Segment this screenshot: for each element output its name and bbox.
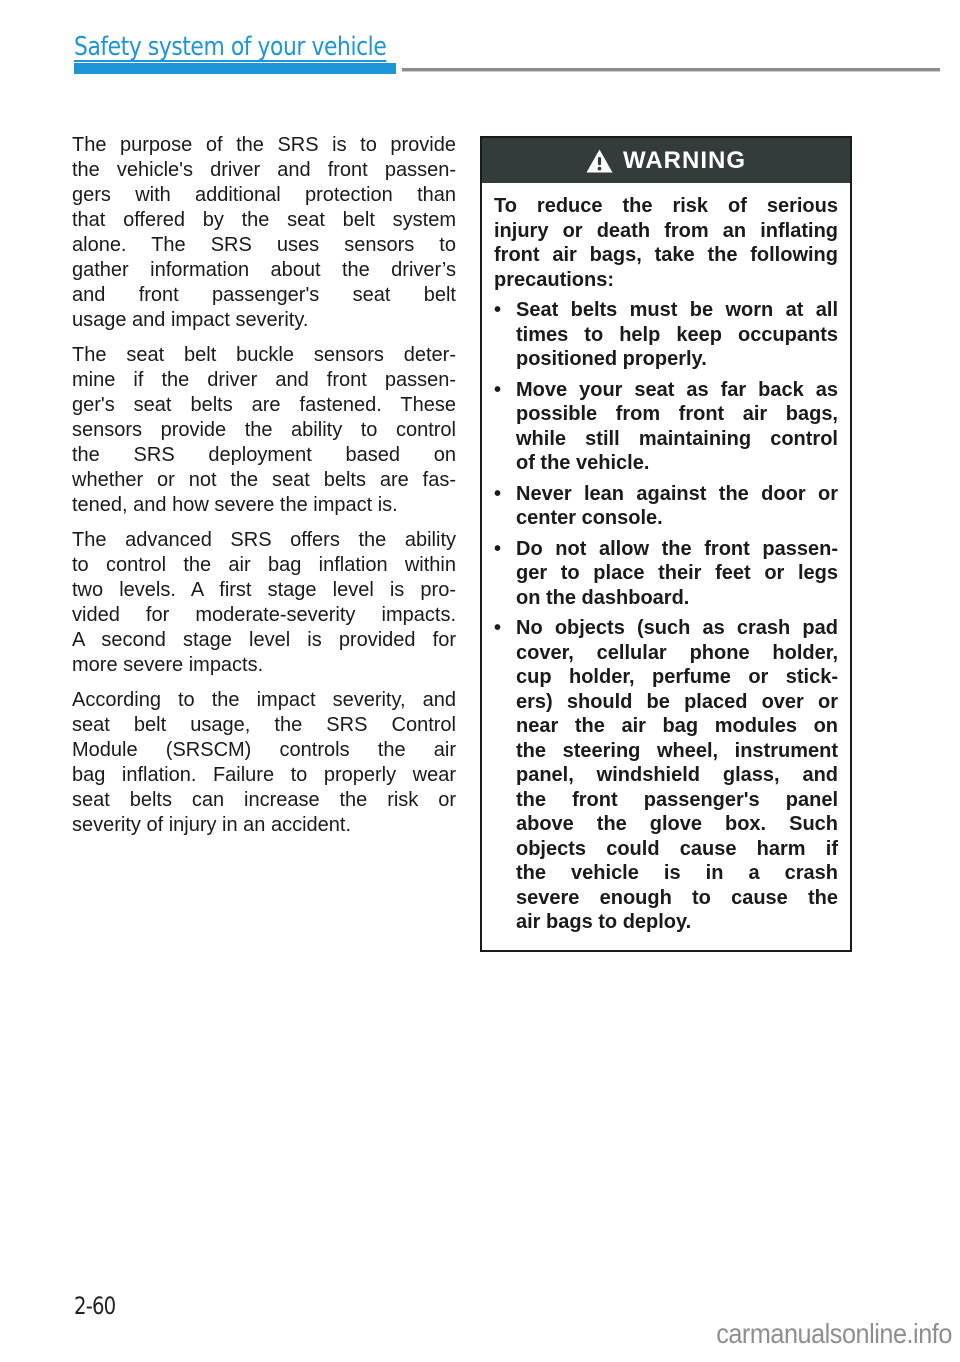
text-line: According to the impact severity, and — [72, 688, 456, 713]
text-line: A second stage level is provided for — [72, 628, 456, 653]
bullet-marker: • — [494, 482, 516, 531]
warning-intro: To reduce the risk of seriousinjury or d… — [494, 194, 838, 292]
warning-bullet-item: •Seat belts must be worn at alltimes to … — [494, 298, 838, 372]
body-paragraph: The advanced SRS offers the abilityto co… — [72, 528, 456, 678]
warning-box: WARNING To reduce the risk of seriousinj… — [480, 136, 852, 952]
text-line: cover, cellular phone holder, — [516, 641, 838, 666]
body-paragraph: The seat belt buckle sensors deter-mine … — [72, 343, 456, 518]
text-line: objects could cause harm if — [516, 837, 838, 862]
header-divider-rule — [402, 68, 940, 72]
warning-bullet-item: •Do not allow the front passen-ger to pl… — [494, 537, 838, 611]
page-number: 2-60 — [74, 1292, 115, 1320]
title-accent-bar — [74, 63, 396, 74]
bullet-text: Do not allow the front passen-ger to pla… — [516, 537, 838, 611]
text-line: the front passenger's panel — [516, 788, 838, 813]
text-line: seat belt usage, the SRS Control — [72, 713, 456, 738]
manual-page: Safety system of your vehicle The purpos… — [0, 0, 960, 1362]
text-line: the vehicle's driver and front passen- — [72, 158, 456, 183]
text-line: panel, windshield glass, and — [516, 763, 838, 788]
text-line: Never lean against the door or — [516, 482, 838, 507]
text-line: times to help keep occupants — [516, 323, 838, 348]
bullet-text: Never lean against the door orcenter con… — [516, 482, 838, 531]
warning-body: To reduce the risk of seriousinjury or d… — [482, 183, 850, 950]
text-line: the vehicle is in a crash — [516, 861, 838, 886]
text-line: of the vehicle. — [516, 451, 838, 476]
warning-bullet-item: •Never lean against the door orcenter co… — [494, 482, 838, 531]
text-line: mine if the driver and front passen- — [72, 368, 456, 393]
bullet-text: Move your seat as far back aspossible fr… — [516, 378, 838, 476]
bullet-marker: • — [494, 616, 516, 935]
warning-bullet-item: •No objects (such as crash padcover, cel… — [494, 616, 838, 935]
text-line: injury or death from an inflating — [494, 219, 838, 244]
text-line: ger to place their feet or legs — [516, 561, 838, 586]
text-line: the SRS deployment based on — [72, 443, 456, 468]
text-line: ers) should be placed over or — [516, 690, 838, 715]
text-line: Move your seat as far back as — [516, 378, 838, 403]
text-line: No objects (such as crash pad — [516, 616, 838, 641]
bullet-marker: • — [494, 378, 516, 476]
text-line: possible from front air bags, — [516, 402, 838, 427]
text-line: sensors provide the ability to control — [72, 418, 456, 443]
text-line: usage and impact severity. — [72, 308, 456, 333]
text-line: that offered by the seat belt system — [72, 208, 456, 233]
text-line: center console. — [516, 506, 838, 531]
text-line: gather information about the driver’s — [72, 258, 456, 283]
text-line: the steering wheel, instrument — [516, 739, 838, 764]
text-line: above the glove box. Such — [516, 812, 838, 837]
text-line: bag inflation. Failure to properly wear — [72, 763, 456, 788]
text-line: ger's seat belts are fastened. These — [72, 393, 456, 418]
text-line: front air bags, take the following — [494, 243, 838, 268]
text-line: while still maintaining control — [516, 427, 838, 452]
bullet-text: Seat belts must be worn at alltimes to h… — [516, 298, 838, 372]
text-line: air bags to deploy. — [516, 910, 838, 935]
text-line: Do not allow the front passen- — [516, 537, 838, 562]
text-line: The advanced SRS offers the ability — [72, 528, 456, 553]
text-line: Module (SRSCM) controls the air — [72, 738, 456, 763]
body-paragraph: The purpose of the SRS is to providethe … — [72, 133, 456, 333]
text-line: vided for moderate-severity impacts. — [72, 603, 456, 628]
text-line: To reduce the risk of serious — [494, 194, 838, 219]
text-line: severity of injury in an accident. — [72, 813, 456, 838]
text-line: near the air bag modules on — [516, 714, 838, 739]
warning-title: WARNING — [623, 147, 746, 175]
text-line: positioned properly. — [516, 347, 838, 372]
text-line: whether or not the seat belts are fas- — [72, 468, 456, 493]
watermark-text: carmanualsonline.info — [716, 1318, 952, 1350]
text-line: to control the air bag inflation within — [72, 553, 456, 578]
text-line: more severe impacts. — [72, 653, 456, 678]
text-line: Seat belts must be worn at all — [516, 298, 838, 323]
bullet-text: No objects (such as crash padcover, cell… — [516, 616, 838, 935]
text-line: precautions: — [494, 268, 838, 293]
body-paragraph: According to the impact severity, andsea… — [72, 688, 456, 838]
left-column: The purpose of the SRS is to providethe … — [72, 133, 456, 848]
text-line: The purpose of the SRS is to provide — [72, 133, 456, 158]
warning-header: WARNING — [482, 138, 850, 183]
text-line: severe enough to cause the — [516, 886, 838, 911]
warning-bullet-item: •Move your seat as far back aspossible f… — [494, 378, 838, 476]
text-line: gers with additional protection than — [72, 183, 456, 208]
text-line: tened, and how severe the impact is. — [72, 493, 456, 518]
bullet-marker: • — [494, 537, 516, 611]
chapter-title: Safety system of your vehicle — [74, 32, 386, 62]
text-line: seat belts can increase the risk or — [72, 788, 456, 813]
warning-triangle-icon — [586, 149, 613, 173]
bullet-marker: • — [494, 298, 516, 372]
text-line: alone. The SRS uses sensors to — [72, 233, 456, 258]
text-line: cup holder, perfume or stick- — [516, 665, 838, 690]
text-line: The seat belt buckle sensors deter- — [72, 343, 456, 368]
text-line: two levels. A first stage level is pro- — [72, 578, 456, 603]
text-line: on the dashboard. — [516, 586, 838, 611]
text-line: and front passenger's seat belt — [72, 283, 456, 308]
